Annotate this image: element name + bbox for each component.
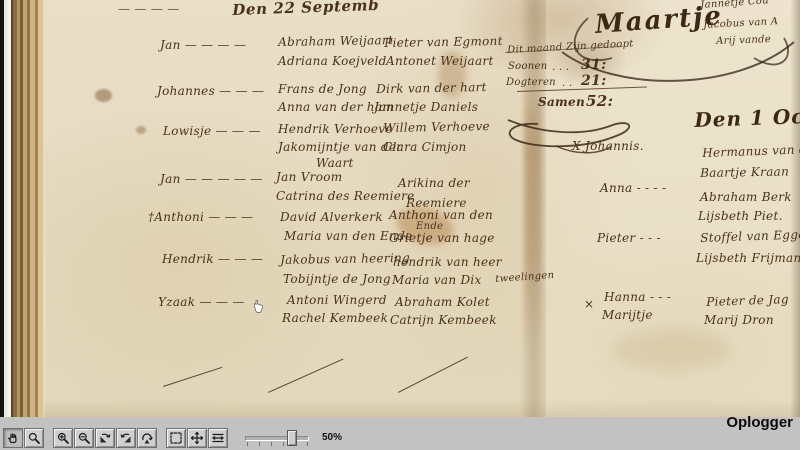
mother-name: Lijsbeth Piet. xyxy=(698,209,783,223)
zoom-rotate-group xyxy=(53,428,157,448)
child-name: Pieter - - - xyxy=(597,231,661,245)
page-spot xyxy=(95,89,112,102)
mother-name: Catrina des Reemiere xyxy=(276,189,415,203)
zoom-tool-button[interactable] xyxy=(24,428,44,448)
pan-hand-icon xyxy=(6,431,20,445)
rotate-right-icon xyxy=(119,431,133,445)
zoom-slider-track[interactable] xyxy=(245,436,309,441)
fit-page-button[interactable] xyxy=(166,428,186,448)
page-bottom-shade xyxy=(44,398,800,417)
child-name: Lowisje — — — xyxy=(163,124,261,138)
father-name: Abraham Weijaart xyxy=(278,33,393,49)
child-name: Hanna - - - xyxy=(604,290,671,304)
fit-group xyxy=(166,428,228,448)
app-label: Oplogger xyxy=(726,414,793,431)
zoom-slider-thumb[interactable] xyxy=(287,430,297,446)
twins-mark: × xyxy=(584,297,594,311)
zoom-out-button[interactable] xyxy=(74,428,94,448)
check-stroke xyxy=(398,357,468,393)
mother-name: Adriana Koejveld xyxy=(278,54,387,68)
witness-name: Grietje van hage xyxy=(389,231,495,245)
page-spot xyxy=(136,126,146,134)
child-name: Anna - - - - xyxy=(600,181,666,195)
rotate-right-button[interactable] xyxy=(116,428,136,448)
fit-window-button[interactable] xyxy=(187,428,207,448)
mother-name: Lijsbeth Frijman. xyxy=(696,251,800,265)
witness-name: Jannetje Daniels xyxy=(374,100,478,114)
witness-name: Willem Verhoeve xyxy=(383,119,490,135)
father-name: Jakobus van heering xyxy=(280,251,410,267)
rotate-left-icon xyxy=(98,431,112,445)
tally-daughters-label: Dogteren xyxy=(506,77,556,88)
father-name: Antoni Wingerd xyxy=(287,293,387,307)
left-page-date-heading: Den 22 Septemb xyxy=(232,0,379,19)
mother-name-continued: Waart xyxy=(316,156,354,170)
manuscript-canvas[interactable]: — — — — Den 22 Septemb Jan — — — — Abrah… xyxy=(0,0,800,417)
zoom-in-button[interactable] xyxy=(53,428,73,448)
witness-name: Antonet Weijaart xyxy=(386,54,494,68)
viewer-toolbar: 50% xyxy=(0,417,800,450)
book-binding-edge xyxy=(0,0,46,417)
zoom-slider-ticks xyxy=(247,442,309,446)
hand-cursor xyxy=(252,299,265,314)
witness-name: Catrijn Kembeek xyxy=(390,313,497,327)
child-name: Marijtje xyxy=(602,308,653,322)
father-name: Abraham Berk xyxy=(700,190,792,204)
header-dashes: — — — — xyxy=(118,2,180,16)
tool-select-group xyxy=(3,428,44,448)
zoom-lens-icon xyxy=(27,431,41,445)
zoom-level-label: 50% xyxy=(322,432,342,443)
mother-name: Baartje Kraan xyxy=(700,164,789,180)
father-name: Hendrik Verhoeve xyxy=(278,122,393,136)
child-name: Johannes — — — xyxy=(157,84,264,98)
witness-name: Dirk van der hart xyxy=(376,80,487,96)
witness-name: Pieter van Egmont xyxy=(384,34,503,50)
tally-sons-label: Soonen xyxy=(508,61,548,72)
fit-page-icon xyxy=(169,431,183,445)
zoom-out-icon xyxy=(77,431,91,445)
child-name: X Johannis. xyxy=(572,139,644,153)
check-stroke xyxy=(268,359,343,393)
father-name: Pieter de Jag xyxy=(706,292,789,309)
witness-name: Abraham Kolet xyxy=(395,295,490,309)
witness-name: Maria van Dix xyxy=(392,273,482,287)
mother-name: Tobijntje de Jong xyxy=(283,272,391,286)
viewer-window: — — — — Den 22 Septemb Jan — — — — Abrah… xyxy=(0,0,800,450)
zoom-slider[interactable] xyxy=(245,428,309,448)
fit-width-icon xyxy=(211,431,225,445)
witness-name: Anthoni van den xyxy=(389,208,493,222)
rotate-left-button[interactable] xyxy=(95,428,115,448)
fit-window-icon xyxy=(190,431,204,445)
mother-name: Rachel Kembeek xyxy=(282,311,388,325)
page-smudge xyxy=(612,330,732,370)
child-name: Jan — — — — — xyxy=(160,172,263,186)
witness-name: hendrik van heer xyxy=(393,255,502,269)
right-page-date-heading: Den 1 Oc xyxy=(694,104,800,132)
father-name: Frans de Jong xyxy=(278,82,367,96)
zoom-in-icon xyxy=(56,431,70,445)
witness-name: Arikina der xyxy=(398,176,470,190)
witness-name: Clara Cimjon xyxy=(383,140,467,154)
rotate-180-button[interactable] xyxy=(137,428,157,448)
check-stroke xyxy=(163,367,222,387)
corner-entry-line: Arij vande xyxy=(716,34,771,47)
fit-width-button[interactable] xyxy=(208,428,228,448)
father-name: David Alverkerk xyxy=(280,210,383,224)
rotate-180-icon xyxy=(140,431,154,445)
child-name: Yzaak — — — xyxy=(158,295,245,309)
pan-tool-button[interactable] xyxy=(3,428,23,448)
child-name: Hendrik — — — xyxy=(162,252,263,266)
mother-name: Marij Dron xyxy=(704,313,774,327)
child-name: Jan — — — — xyxy=(160,38,246,52)
name-flourish-swirls xyxy=(556,0,800,100)
child-name: †Anthoni — — — xyxy=(148,210,253,224)
father-name: Jan Vroom xyxy=(276,170,342,184)
